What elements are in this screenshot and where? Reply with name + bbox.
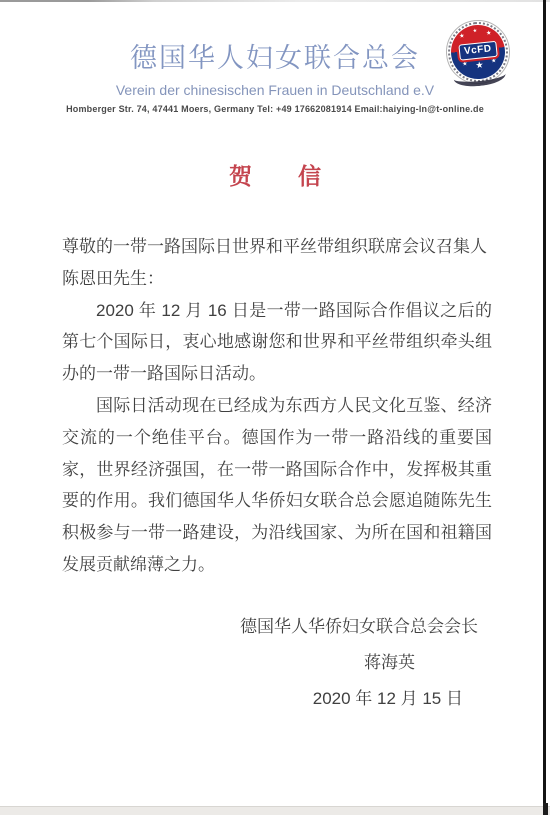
body-paragraph: 国际日活动现在已经成为东西方人民文化互鉴、经济交流的一个绝佳平台。德国作为一带一… xyxy=(62,390,492,581)
salutation-line-1: 尊敬的一带一路国际日世界和平丝带组织联席会议召集人 xyxy=(62,231,492,263)
body-paragraph: 2020 年 12 月 16 日是一带一路国际合作倡议之后的第七个国际日，衷心地… xyxy=(62,295,492,390)
star-icon: ★ xyxy=(491,58,497,65)
signature-name: 蒋海英 xyxy=(62,645,492,681)
scan-edge-top xyxy=(0,0,550,2)
star-icon: ★ xyxy=(459,33,465,40)
star-icon: ★ xyxy=(486,31,492,38)
star-icon: ★ xyxy=(462,61,468,68)
letter-title: 贺 信 xyxy=(0,158,550,191)
org-logo: ★ ★ ★ ★ ★ ★ VcFD xyxy=(443,17,513,87)
org-address-line: Homberger Str. 74, 47441 Moers, Germany … xyxy=(0,104,550,114)
scan-edge-right xyxy=(543,0,546,807)
letter-content: 尊敬的一带一路国际日世界和平丝带组织联席会议召集人 陈恩田先生： 2020 年 … xyxy=(62,231,492,717)
letter-page: 德国华人妇女联合总会 Verein der chinesischen Fraue… xyxy=(0,0,550,815)
scan-corner xyxy=(543,803,548,815)
salutation-line-2: 陈恩田先生： xyxy=(62,263,492,295)
star-icon: ★ xyxy=(473,29,478,34)
signature-date: 2020 年 12 月 15 日 xyxy=(62,681,492,717)
signature-title: 德国华人华侨妇女联合总会会长 xyxy=(62,609,492,645)
scan-edge-bottom xyxy=(0,806,550,815)
signature-block: 德国华人华侨妇女联合总会会长 蒋海英 2020 年 12 月 15 日 xyxy=(62,609,492,717)
